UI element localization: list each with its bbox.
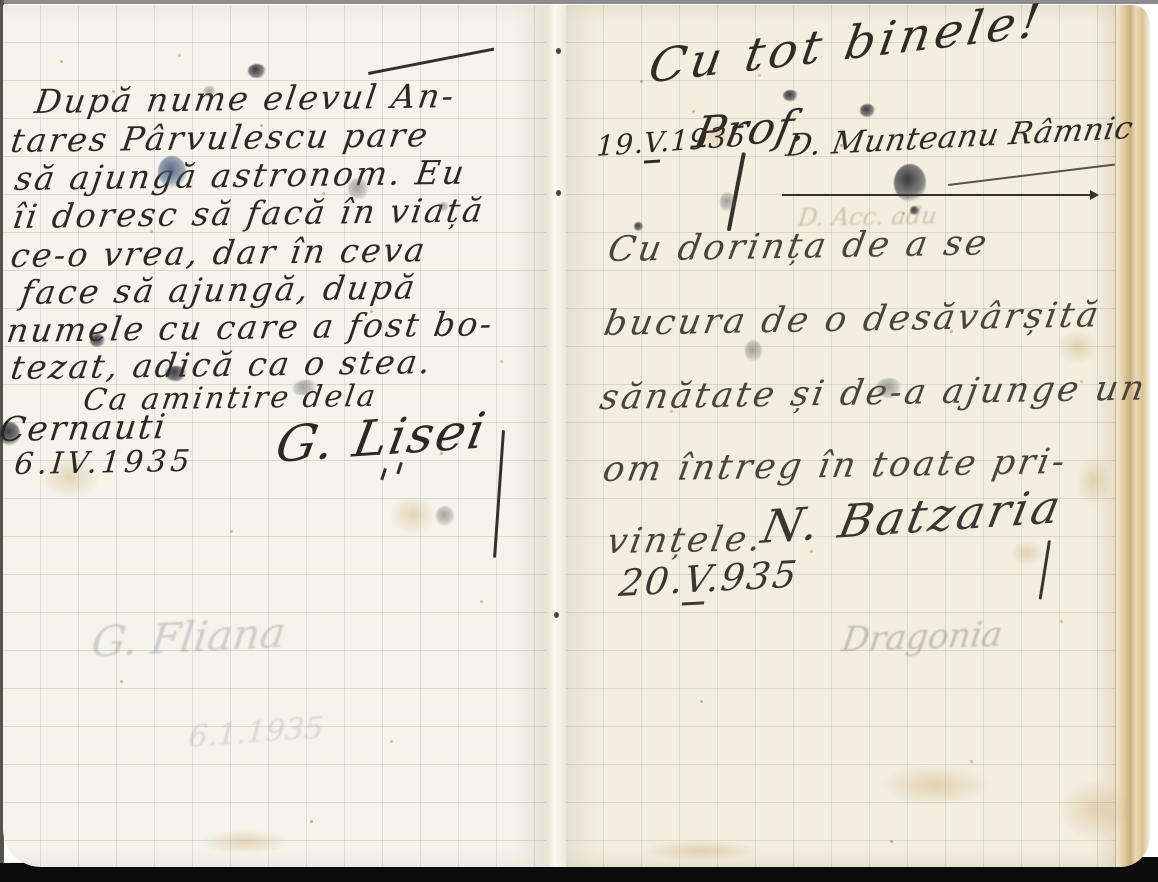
- ink-blot: [894, 164, 926, 202]
- handwriting-line: om întreg în toate pri-: [600, 442, 1071, 490]
- binding-gutter: [546, 5, 566, 867]
- paper-stain: [1060, 780, 1130, 840]
- ink-blot: [348, 178, 368, 200]
- binding-stitch: [556, 190, 561, 196]
- ink-blot: [720, 192, 735, 212]
- ink-blot: [438, 202, 449, 211]
- ink-blot: [165, 366, 187, 381]
- ink-blot: [248, 64, 266, 78]
- ghost-text-right-name: Dragonia: [839, 614, 1005, 660]
- ink-blot: [634, 222, 643, 231]
- ink-blot: [90, 334, 105, 347]
- handwriting-line: îi doresc să facă în viață: [10, 190, 487, 236]
- date-roman-numeral: V: [643, 126, 661, 164]
- ghost-text-left-name: G. Fliana: [89, 608, 288, 667]
- ink-blot: [436, 506, 454, 526]
- paper-stain: [1010, 540, 1044, 566]
- place-line: Cernauti: [0, 407, 169, 450]
- ink-blot: [860, 104, 875, 117]
- ink-blot: [0, 422, 20, 446]
- ink-blot: [910, 206, 919, 215]
- paper-stain: [1076, 455, 1112, 507]
- binding-stitch: [556, 48, 561, 54]
- paper-freckles-right: [640, 80, 643, 83]
- paper-stain: [390, 495, 436, 535]
- paper-stain: [880, 765, 990, 805]
- date-part: 19.: [596, 127, 645, 163]
- ink-blot: [783, 90, 798, 101]
- date-part: .935: [704, 553, 800, 601]
- date-line-left: 6.IV.1935: [13, 444, 195, 482]
- ink-blot: [745, 340, 762, 362]
- paper-freckles-left: [60, 60, 63, 63]
- handwriting-line: După nume elevul An-: [32, 76, 458, 121]
- signature-underline: [782, 194, 1092, 196]
- scanned-notebook-spread: G. Fliana 6.1.1935 D. Acc. adu Dragonia …: [0, 0, 1158, 882]
- handwriting-line: Cu dorința de a se: [605, 223, 993, 270]
- paper-stain: [640, 840, 760, 862]
- ink-blot: [158, 156, 186, 188]
- ink-blot: [876, 378, 902, 398]
- ink-blot: [203, 86, 216, 97]
- binding-stitch: [554, 612, 559, 618]
- date-part: 20.: [617, 559, 688, 605]
- paper-stain: [200, 830, 290, 854]
